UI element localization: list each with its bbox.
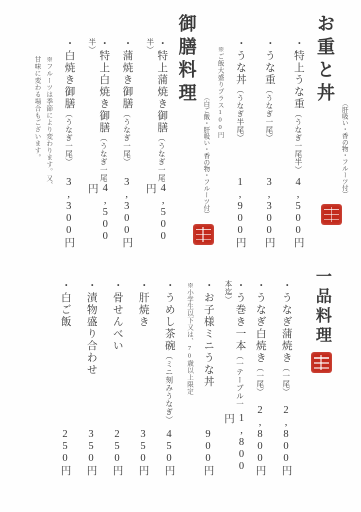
red-seal-stamp-icon <box>311 352 332 373</box>
note-rice-extra: ※ご飯大盛りプラス100円 <box>213 46 226 139</box>
item-price: 350円 <box>136 429 151 477</box>
item-name: ・肝焼き <box>137 280 149 328</box>
header-annotation: （白ご飯・肝吸い・香の物・フルーツ付） <box>198 94 213 245</box>
item-price: 1,800円 <box>221 413 247 476</box>
header-annotation: （肝吸い・香の物・フルーツ付） <box>336 100 351 225</box>
item-price: 2,800円 <box>253 405 268 477</box>
item-price: 900円 <box>201 429 216 477</box>
item-price: 250円 <box>110 429 125 477</box>
bullet-dot: ・ <box>64 38 75 50</box>
item-detail: （うなぎ一尾半） <box>294 110 303 174</box>
top-menu-half: （肝吸い・香の物・フルーツ付） お重と丼 ・特上うな重（うなぎ一尾半） 4,50… <box>0 0 361 258</box>
note-seasonal-fruit: ※フルーツは季節により変わります。又、甘味に変わる場合もございます。 <box>31 56 54 194</box>
bullet-dot: ・ <box>156 38 167 50</box>
menu-item: ・骨せんべい 250円 <box>104 268 130 476</box>
item-name: ・特上うな重（うなぎ一尾半） <box>292 38 304 174</box>
item-detail: （うなぎ一尾） <box>123 110 132 166</box>
section-header-ippin-ryouri: 一品料理 <box>305 268 337 476</box>
item-detail: （ミニ刻みうなぎ） <box>165 352 174 424</box>
bullet-dot: ・ <box>138 280 149 292</box>
bullet-dot: ・ <box>235 280 246 292</box>
item-price: 3,300円 <box>262 177 277 249</box>
item-detail: （うなぎ一尾） <box>265 86 274 142</box>
section-title: お重と丼 <box>313 14 336 106</box>
item-name: ・蒲焼き御膳（うなぎ一尾） <box>121 38 133 166</box>
bullet-dot: ・ <box>122 38 133 50</box>
item-name: ・うなぎ蒲焼き（一尾） <box>280 280 292 396</box>
item-price: 450円 <box>162 429 177 477</box>
item-name: ・特上白焼き御膳（うなぎ一尾半） <box>86 38 109 183</box>
menu-item: ・白ご飯 250円 <box>52 268 78 476</box>
item-name: ・うな丼（うなぎ半尾） <box>234 38 246 142</box>
section-subtitle: （白ご飯・肝吸い・香の物・フルーツ付） <box>202 94 209 218</box>
item-name: ・お子様ミニうな丼 <box>202 280 214 388</box>
item-price: 1,900円 <box>233 177 248 249</box>
item-price: 4,500円 <box>143 183 169 248</box>
item-name: ・うなぎ白焼き（一尾） <box>254 280 266 396</box>
bullet-dot: ・ <box>255 280 266 292</box>
menu-item: ・特上うな重（うなぎ一尾半） 4,500円 <box>284 14 313 248</box>
section-title: 一品料理 <box>311 268 332 346</box>
item-name: ・白焼き御膳（うなぎ一尾） <box>63 38 75 166</box>
bullet-dot: ・ <box>164 280 175 292</box>
item-detail: （うなぎ一尾） <box>65 110 74 166</box>
item-price: 2,800円 <box>279 405 294 477</box>
menu-item: ・蒲焼き御膳（うなぎ一尾） 3,300円 <box>112 14 141 248</box>
item-price: 4,500円 <box>85 183 111 248</box>
section-subtitle: （肝吸い・香の物・フルーツ付） <box>340 100 347 198</box>
bottom-menu-half: 一品料理 ・うなぎ蒲焼き（一尾） 2,800円 ・うなぎ白焼き（一尾） 2,80… <box>0 258 361 512</box>
note-kids-seniors-only: ※小学生以下又は、70歳以上限定 <box>182 282 195 395</box>
item-price: 3,300円 <box>61 177 76 249</box>
item-price: 3,300円 <box>119 177 134 249</box>
bullet-dot: ・ <box>293 38 304 50</box>
section-title: 御膳料理 <box>174 14 197 106</box>
menu-item: ・特上蒲焼き御膳（うなぎ一尾半） 4,500円 <box>141 14 170 248</box>
item-price: 250円 <box>58 429 73 477</box>
item-name: ・う巻き一本（一テーブル一本迄） <box>222 280 245 413</box>
item-name: ・うな重（うなぎ一尾） <box>263 38 275 142</box>
item-detail: （一尾） <box>282 364 291 396</box>
menu-item: ・特上白焼き御膳（うなぎ一尾半） 4,500円 <box>83 14 112 248</box>
menu-item: ・うな丼（うなぎ半尾） 1,900円 <box>226 14 255 248</box>
menu-item: ・うめし茶碗（ミニ刻みうなぎ） 450円 <box>156 268 182 476</box>
unagi-menu-page: （肝吸い・香の物・フルーツ付） お重と丼 ・特上うな重（うなぎ一尾半） 4,50… <box>0 0 361 512</box>
red-seal-stamp-icon <box>193 224 214 245</box>
menu-item: ・漬物盛り合わせ 350円 <box>78 268 104 476</box>
bullet-dot: ・ <box>203 280 214 292</box>
bullet-dot: ・ <box>264 38 275 50</box>
item-detail: （一尾） <box>256 364 265 396</box>
item-name: ・うめし茶碗（ミニ刻みうなぎ） <box>163 280 175 424</box>
section-header-ojuu-to-don: （肝吸い・香の物・フルーツ付） お重と丼 <box>313 14 351 248</box>
item-name: ・骨せんべい <box>111 280 123 352</box>
menu-item: ・白焼き御膳（うなぎ一尾） 3,300円 <box>54 14 83 248</box>
item-name: ・漬物盛り合わせ <box>85 280 97 376</box>
bullet-dot: ・ <box>60 280 71 292</box>
item-price: 350円 <box>84 429 99 477</box>
bullet-dot: ・ <box>112 280 123 292</box>
item-name: ・白ご飯 <box>59 280 71 328</box>
section-header-gozen-ryouri: （白ご飯・肝吸い・香の物・フルーツ付） 御膳料理 <box>174 14 212 248</box>
menu-item: ・うな重（うなぎ一尾） 3,300円 <box>255 14 284 248</box>
bullet-dot: ・ <box>98 38 109 50</box>
menu-item: ・うなぎ白焼き（一尾） 2,800円 <box>247 268 273 476</box>
menu-item: ・う巻き一本（一テーブル一本迄） 1,800円 <box>221 268 247 476</box>
menu-item: ・肝焼き 350円 <box>130 268 156 476</box>
item-detail: （うなぎ半尾） <box>236 86 245 142</box>
bullet-dot: ・ <box>235 38 246 50</box>
menu-item: ・うなぎ蒲焼き（一尾） 2,800円 <box>273 268 299 476</box>
red-seal-stamp-icon <box>321 204 342 225</box>
menu-item: ・お子様ミニうな丼 900円 <box>195 268 221 476</box>
item-price: 4,500円 <box>291 177 306 249</box>
bullet-dot: ・ <box>86 280 97 292</box>
item-name: ・特上蒲焼き御膳（うなぎ一尾半） <box>144 38 167 183</box>
bullet-dot: ・ <box>281 280 292 292</box>
